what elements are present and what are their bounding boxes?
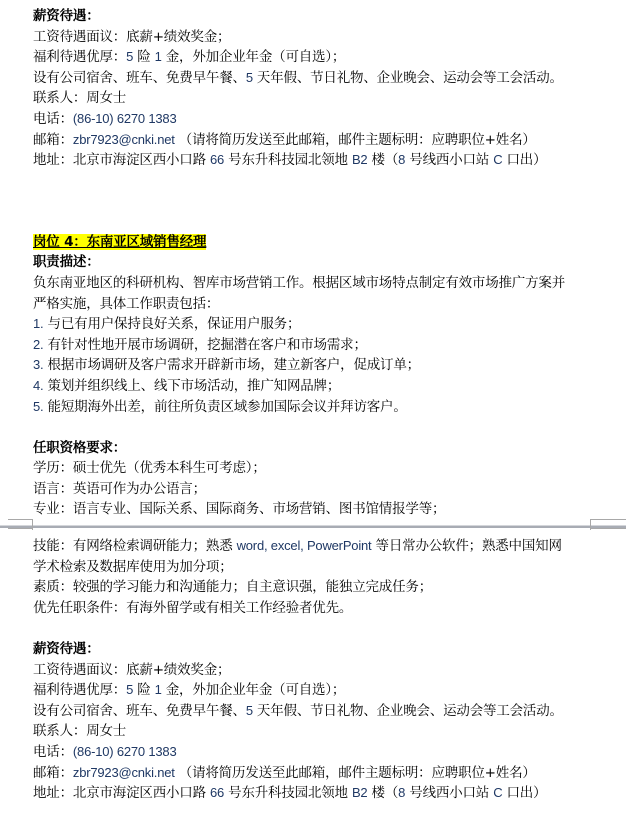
facilities-number: 5 (246, 70, 253, 85)
address-text: 号东升科技园北领地 (224, 785, 352, 801)
email-label: 邮箱： (33, 765, 73, 781)
salary-heading: 薪资待遇： (33, 639, 606, 660)
document-page-2: 技能：有网络检索调研能力；熟悉 word, excel, PowerPoint … (0, 530, 626, 833)
address-text: 号线西小口站 (405, 152, 493, 168)
education-line: 学历：硕士优先（优秀本科生可考虑）； (33, 458, 606, 479)
benefits-line: 福利待遇优厚：5 险 1 金，外加企业年金（可自选）； (33, 680, 606, 701)
email-line: 邮箱：zbr7923@cnki.net （请将简历发送至此邮箱，邮件主题标明：应… (33, 763, 606, 784)
duty-text: 与已有用户保持良好关系，保证用户服务； (43, 316, 300, 332)
phone-value: (86-10) 6270 1383 (73, 744, 177, 759)
salary-line: 工资待遇面议：底薪+绩效奖金； (33, 27, 606, 48)
blank-line (33, 618, 606, 639)
facilities-prefix: 设有公司宿舍、班车、免费早午餐、 (33, 703, 246, 719)
address-text: 号线西小口站 (405, 785, 493, 801)
address-building: B2 (352, 785, 368, 800)
address-line: 地址：北京市海淀区西小口路 66 号东升科技园北领地 B2 楼（8 号线西小口站… (33, 783, 606, 804)
duty-number: 5. (33, 399, 43, 414)
address-exit: C (493, 785, 502, 800)
benefits-number-2: 1 (155, 682, 162, 697)
page-2-content: 技能：有网络检索调研能力；熟悉 word, excel, PowerPoint … (33, 536, 606, 804)
benefits-mid: 险 (133, 682, 154, 698)
page-break-line (0, 526, 626, 528)
address-number: 66 (210, 152, 224, 167)
skills-software: word, excel, PowerPoint (237, 538, 372, 553)
duties-intro-1: 负东南亚地区的科研机构、智库市场营销工作。根据区域市场特点制定有效市场推广方案并 (33, 273, 606, 294)
duties-heading: 职责描述： (33, 252, 606, 273)
skills-line-2: 学术检索及数据库使用为加分项； (33, 557, 606, 578)
address-text: 口出） (502, 785, 546, 801)
address-label: 地址：北京市海淀区西小口路 (33, 152, 210, 168)
duty-number: 3. (33, 357, 43, 372)
benefits-prefix: 福利待遇优厚： (33, 682, 126, 698)
benefits-line: 福利待遇优厚：5 险 1 金，外加企业年金（可自选）； (33, 47, 606, 68)
duties-intro-2: 严格实施，具体工作职责包括： (33, 294, 606, 315)
email-note: （请将简历发送至此邮箱，邮件主题标明：应聘职位+姓名） (175, 765, 536, 781)
facilities-prefix: 设有公司宿舍、班车、免费早午餐、 (33, 70, 246, 86)
email-note: （请将简历发送至此邮箱，邮件主题标明：应聘职位+姓名） (175, 132, 536, 148)
salary-heading: 薪资待遇： (33, 6, 606, 27)
position-title: 岗位 4：东南亚区域销售经理 (33, 234, 206, 250)
phone-value: (86-10) 6270 1383 (73, 111, 177, 126)
requirements-heading: 任职资格要求： (33, 438, 606, 459)
address-exit: C (493, 152, 502, 167)
facilities-line: 设有公司宿舍、班车、免费早午餐、5 天年假、节日礼物、企业晚会、运动会等工会活动… (33, 68, 606, 89)
contact-line: 联系人：周女士 (33, 721, 606, 742)
email-link[interactable]: zbr7923@cnki.net (73, 765, 175, 780)
address-line: 地址：北京市海淀区西小口路 66 号东升科技园北领地 B2 楼（8 号线西小口站… (33, 150, 606, 171)
benefits-mid: 险 (133, 49, 154, 65)
benefits-suffix: 金，外加企业年金（可自选）； (162, 682, 346, 698)
email-line: 邮箱：zbr7923@cnki.net （请将简历发送至此邮箱，邮件主题标明：应… (33, 130, 606, 151)
address-text: 口出） (502, 152, 546, 168)
blank-line (33, 417, 606, 438)
phone-label: 电话： (33, 744, 73, 760)
duty-item: 3. 根据市场调研及客户需求开辟新市场，建立新客户，促成订单； (33, 355, 606, 376)
address-text: 号东升科技园北领地 (224, 152, 352, 168)
benefits-prefix: 福利待遇优厚： (33, 49, 126, 65)
duty-text: 策划并组织线上、线下市场活动，推广知网品牌； (43, 378, 340, 394)
section-gap (33, 171, 606, 232)
email-link[interactable]: zbr7923@cnki.net (73, 132, 175, 147)
address-number: 66 (210, 785, 224, 800)
page-1-content: 薪资待遇： 工资待遇面议：底薪+绩效奖金； 福利待遇优厚：5 险 1 金，外加企… (33, 6, 606, 520)
address-text: 楼（ (367, 152, 398, 168)
contact-line: 联系人：周女士 (33, 88, 606, 109)
duty-number: 1. (33, 316, 43, 331)
duty-text: 有针对性地开展市场调研，挖掘潜在客户和市场需求； (43, 337, 366, 353)
salary-line: 工资待遇面议：底薪+绩效奖金； (33, 660, 606, 681)
benefits-number-2: 1 (155, 49, 162, 64)
major-line: 专业：语言专业、国际关系、国际商务、市场营销、图书馆情报学等； (33, 499, 606, 520)
phone-line: 电话：(86-10) 6270 1383 (33, 109, 606, 130)
duty-item: 1. 与已有用户保持良好关系，保证用户服务； (33, 314, 606, 335)
duty-text: 根据市场调研及客户需求开辟新市场，建立新客户，促成订单； (43, 357, 420, 373)
duty-number: 4. (33, 378, 43, 393)
quality-line: 素质：较强的学习能力和沟通能力；自主意识强，能独立完成任务； (33, 577, 606, 598)
skills-prefix: 技能：有网络检索调研能力；熟悉 (33, 538, 237, 554)
language-line: 语言：英语可作为办公语言； (33, 479, 606, 500)
skills-suffix: 等日常办公软件；熟悉中国知网 (371, 538, 561, 554)
address-building: B2 (352, 152, 368, 167)
facilities-number: 5 (246, 703, 253, 718)
facilities-suffix: 天年假、节日礼物、企业晚会、运动会等工会活动。 (253, 70, 563, 86)
duty-item: 5. 能短期海外出差，前往所负责区域参加国际会议并拜访客户。 (33, 397, 606, 418)
facilities-suffix: 天年假、节日礼物、企业晚会、运动会等工会活动。 (253, 703, 563, 719)
facilities-line: 设有公司宿舍、班车、免费早午餐、5 天年假、节日礼物、企业晚会、运动会等工会活动… (33, 701, 606, 722)
phone-label: 电话： (33, 111, 73, 127)
benefits-suffix: 金，外加企业年金（可自选）； (162, 49, 346, 65)
duty-text: 能短期海外出差，前往所负责区域参加国际会议并拜访客户。 (43, 399, 406, 415)
skills-line-1: 技能：有网络检索调研能力；熟悉 word, excel, PowerPoint … (33, 536, 606, 557)
position-title-line: 岗位 4：东南亚区域销售经理 (33, 232, 606, 253)
duty-number: 2. (33, 337, 43, 352)
email-label: 邮箱： (33, 132, 73, 148)
document-page-1: 薪资待遇： 工资待遇面议：底薪+绩效奖金； 福利待遇优厚：5 险 1 金，外加企… (0, 0, 626, 525)
preferred-line: 优先任职条件：有海外留学或有相关工作经验者优先。 (33, 598, 606, 619)
duty-item: 2. 有针对性地开展市场调研，挖掘潜在客户和市场需求； (33, 335, 606, 356)
phone-line: 电话：(86-10) 6270 1383 (33, 742, 606, 763)
address-text: 楼（ (367, 785, 398, 801)
duty-item: 4. 策划并组织线上、线下市场活动，推广知网品牌； (33, 376, 606, 397)
address-label: 地址：北京市海淀区西小口路 (33, 785, 210, 801)
